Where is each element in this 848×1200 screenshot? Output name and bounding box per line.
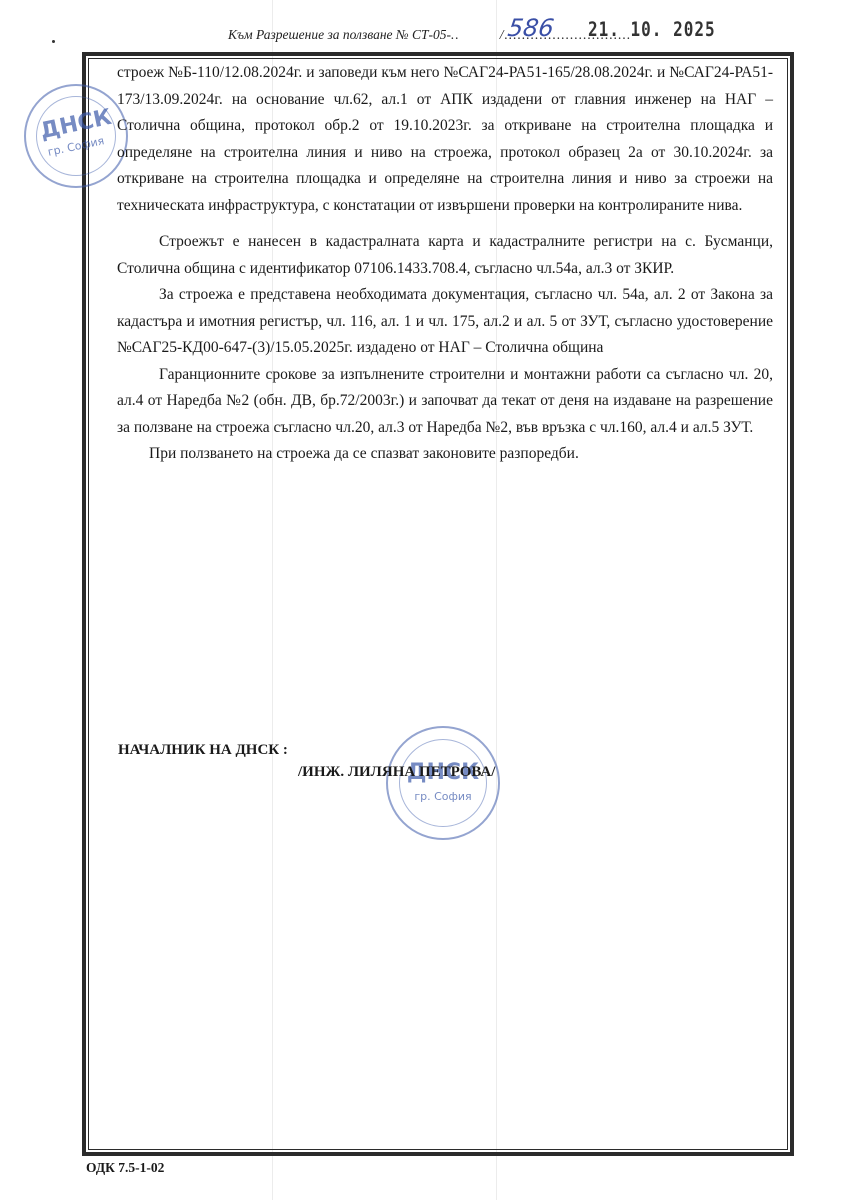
document-body: строеж №Б-110/12.08.2024г. и заповеди къ…: [117, 60, 773, 468]
document-header: Към Разрешение за ползване № СТ-05-../..…: [228, 27, 631, 43]
paragraph: строеж №Б-110/12.08.2024г. и заповеди къ…: [117, 60, 773, 219]
date-stamp: 21. 10. 2025: [588, 18, 716, 41]
form-code: ОДК 7.5-1-02: [86, 1160, 164, 1176]
scan-dot: [52, 40, 55, 43]
header-dots: ..: [451, 27, 460, 42]
official-stamp-icon: ДНСК гр. София: [24, 84, 128, 188]
official-stamp-icon: ДНСК гр. София: [386, 726, 500, 840]
paragraph: При ползването на строежа да се спазват …: [117, 441, 773, 468]
signatory-title: НАЧАЛНИК НА ДНСК :: [118, 742, 288, 759]
paragraph: Строежът е нанесен в кадастралната карта…: [117, 229, 773, 282]
signatory-name: /ИНЖ. ЛИЛЯНА ПЕТРОВА/: [298, 764, 495, 781]
stamp-city: гр. София: [388, 790, 498, 803]
header-prefix: Към Разрешение за ползване № СТ-05-: [228, 27, 451, 42]
paragraph: За строежа е представена необходимата до…: [117, 282, 773, 362]
handwritten-permit-number: 586: [506, 14, 556, 42]
paragraph: Гаранционните срокове за изпълнените стр…: [117, 362, 773, 442]
